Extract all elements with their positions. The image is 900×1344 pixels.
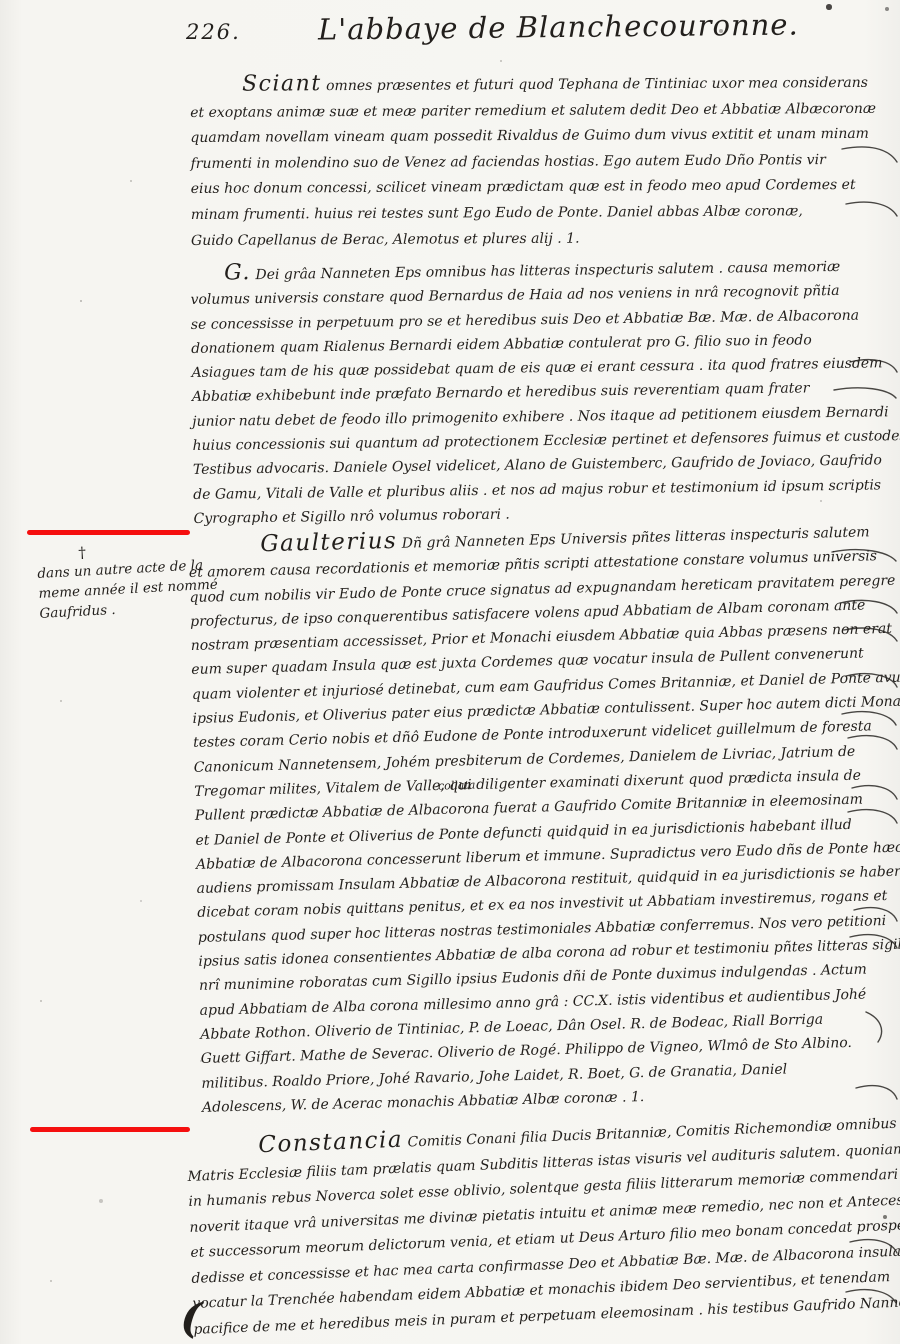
first-line-text: omnes præsentes et futuri quod Tephana d… [322,75,868,94]
text-line: quamdam novellam vineam quam possedit Ri… [190,122,890,152]
red-margin-rule-bottom [30,1127,190,1132]
opening-word: Gaulterius [260,528,398,557]
marginal-note: † dans un autre acte de lameme année il … [36,537,205,624]
page-number: 226. [186,20,241,44]
paragraph-lines: et exoptans animæ suæ et meæ pariter rem… [190,96,891,254]
charter-paragraph-3: Gaulterius Dñ grâ Nanneten Eps Universis… [188,517,900,1120]
paper-speckles [80,300,82,302]
charter-paragraph-4: Constancia Comitis Conani filia Ducis Br… [186,1109,900,1343]
charter-paragraph-2: G. Dei grâa Nanneten Eps omnibus has lit… [190,252,894,531]
paragraph-lines: Matris Ecclesiæ filiis tam prælatis quam… [187,1137,900,1343]
text-line: minam frumenti. huius rei testes sunt Eg… [191,199,891,229]
marginal-note-lines: dans un autre acte de lameme année il es… [37,555,205,624]
opening-word: G. [224,260,251,285]
text-line: Guido Capellanus de Berac, Alemotus et p… [191,224,891,254]
paragraph-lines: volumus universis constare quod Bernardu… [190,279,893,532]
paragraph-lines: et amorem causa recordationis et memoriæ… [189,544,900,1120]
manuscript-scan-page: { "page": { "number": "226.", "title": "… [0,0,900,1344]
interlinear-correction: collata [438,779,476,793]
opening-word: Constancia [258,1127,404,1159]
red-margin-rule-top [27,530,190,535]
text-line: Sciant omnes præsentes et futuri quod Te… [190,68,890,101]
page-title: L'abbaye de Blanchecouronne. [318,7,799,46]
opening-word: Sciant [242,71,322,96]
charter-paragraph-1: Sciant omnes præsentes et futuri quod Te… [190,68,891,254]
